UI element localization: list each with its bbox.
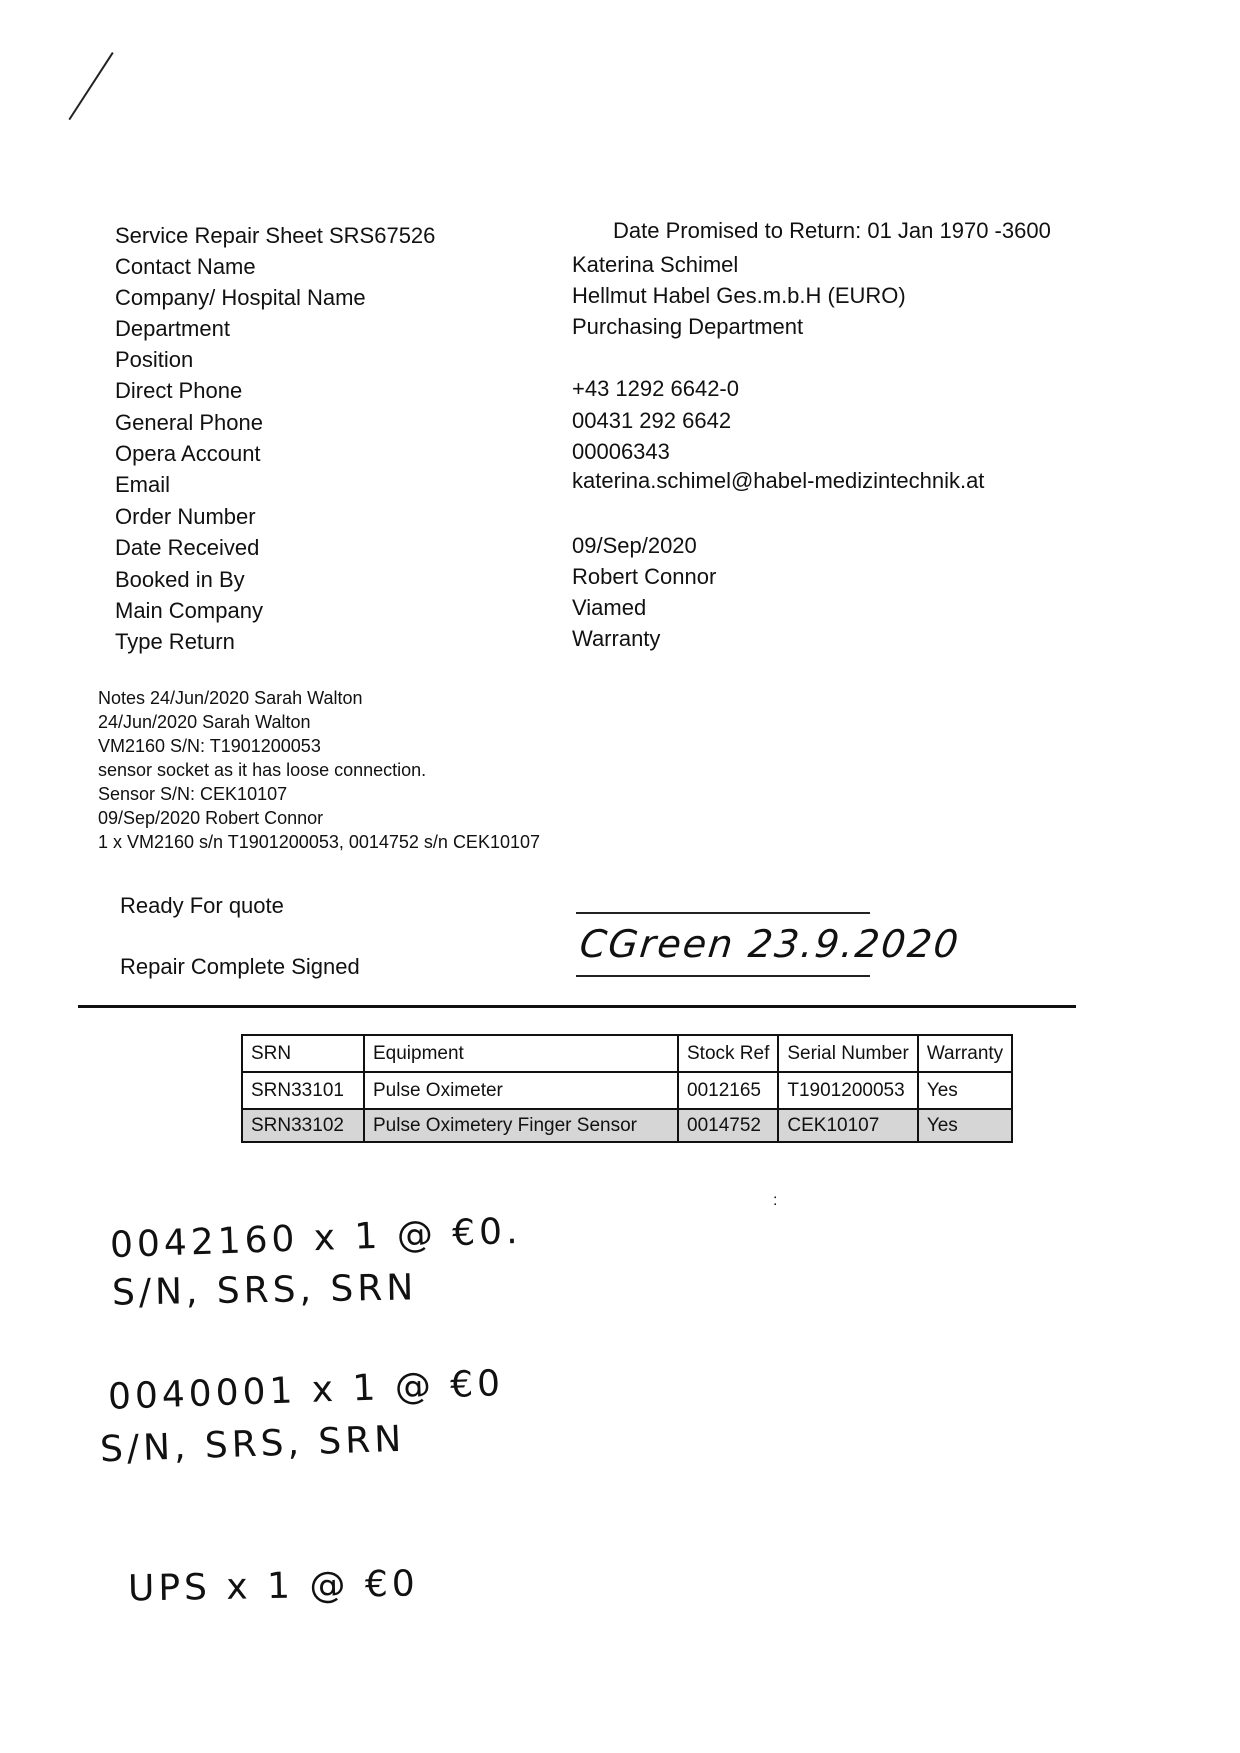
repair-complete-label: Repair Complete Signed (120, 954, 360, 980)
sheet-title: Service Repair Sheet SRS67526 (115, 220, 435, 251)
stray-mark: : (773, 1192, 777, 1210)
label-date-received: Date Received (115, 532, 259, 563)
handwritten-signature: CGreen 23.9.2020 (578, 922, 963, 966)
section-divider (78, 1005, 1076, 1008)
date-promised: Date Promised to Return: 01 Jan 1970 -36… (613, 218, 1051, 244)
value-company: Hellmut Habel Ges.m.b.H (EURO) (572, 280, 906, 311)
cell-warranty: Yes (918, 1072, 1012, 1109)
handwritten-line: UPS x 1 @ €0 (128, 1563, 419, 1609)
handwritten-line: 0040001 x 1 @ €0 (107, 1363, 504, 1418)
value-general-phone: 00431 292 6642 (572, 405, 731, 436)
pen-stroke-mark (68, 52, 113, 120)
label-position: Position (115, 344, 193, 375)
value-direct-phone: +43 1292 6642-0 (572, 373, 739, 404)
note-line: Notes 24/Jun/2020 Sarah Walton (98, 686, 540, 710)
value-date-received: 09/Sep/2020 (572, 530, 697, 561)
value-email: katerina.schimel@habel-medizintechnik.at (572, 465, 984, 496)
header-warranty: Warranty (918, 1035, 1012, 1072)
header-serial-number: Serial Number (778, 1035, 917, 1072)
label-department: Department (115, 313, 230, 344)
label-type-return: Type Return (115, 626, 235, 657)
header-srn: SRN (242, 1035, 364, 1072)
handwritten-line: S/N, SRS, SRN (112, 1267, 418, 1313)
cell-stock-ref: 0012165 (678, 1072, 778, 1109)
table-row: SRN33101 Pulse Oximeter 0012165 T1901200… (242, 1072, 1012, 1109)
value-booked-in-by: Robert Connor (572, 561, 716, 592)
cell-srn: SRN33101 (242, 1072, 364, 1109)
ready-for-quote-signature-line (576, 912, 870, 914)
cell-equipment: Pulse Oximetery Finger Sensor (364, 1109, 678, 1142)
table-row: SRN33102 Pulse Oximetery Finger Sensor 0… (242, 1109, 1012, 1142)
repair-sheet-page: Service Repair Sheet SRS67526 Date Promi… (0, 0, 1240, 1753)
label-contact-name: Contact Name (115, 251, 256, 282)
label-main-company: Main Company (115, 595, 263, 626)
cell-equipment: Pulse Oximeter (364, 1072, 678, 1109)
note-line: 09/Sep/2020 Robert Connor (98, 806, 540, 830)
value-department: Purchasing Department (572, 311, 803, 342)
repair-signature-line (576, 975, 870, 977)
note-line: 1 x VM2160 s/n T1901200053, 0014752 s/n … (98, 830, 540, 854)
label-email: Email (115, 469, 170, 500)
equipment-table: SRN Equipment Stock Ref Serial Number Wa… (241, 1034, 1013, 1143)
label-order-number: Order Number (115, 501, 256, 532)
value-type-return: Warranty (572, 623, 660, 654)
handwritten-line: S/N, SRS, SRN (99, 1419, 405, 1471)
note-line: 24/Jun/2020 Sarah Walton (98, 710, 540, 734)
note-line: sensor socket as it has loose connection… (98, 758, 540, 782)
cell-warranty: Yes (918, 1109, 1012, 1142)
header-equipment: Equipment (364, 1035, 678, 1072)
notes-block: Notes 24/Jun/2020 Sarah Walton 24/Jun/20… (98, 686, 540, 854)
label-company: Company/ Hospital Name (115, 282, 366, 313)
label-direct-phone: Direct Phone (115, 375, 242, 406)
handwritten-line: 0042160 x 1 @ €0. (109, 1211, 522, 1266)
cell-stock-ref: 0014752 (678, 1109, 778, 1142)
note-line: Sensor S/N: CEK10107 (98, 782, 540, 806)
label-general-phone: General Phone (115, 407, 263, 438)
cell-srn: SRN33102 (242, 1109, 364, 1142)
label-booked-in-by: Booked in By (115, 564, 245, 595)
header-stock-ref: Stock Ref (678, 1035, 778, 1072)
value-main-company: Viamed (572, 592, 646, 623)
cell-serial-number: T1901200053 (778, 1072, 917, 1109)
label-opera-account: Opera Account (115, 438, 261, 469)
value-opera-account: 00006343 (572, 436, 670, 467)
cell-serial-number: CEK10107 (778, 1109, 917, 1142)
ready-for-quote-label: Ready For quote (120, 893, 284, 919)
value-contact-name: Katerina Schimel (572, 249, 738, 280)
table-header-row: SRN Equipment Stock Ref Serial Number Wa… (242, 1035, 1012, 1072)
note-line: VM2160 S/N: T1901200053 (98, 734, 540, 758)
